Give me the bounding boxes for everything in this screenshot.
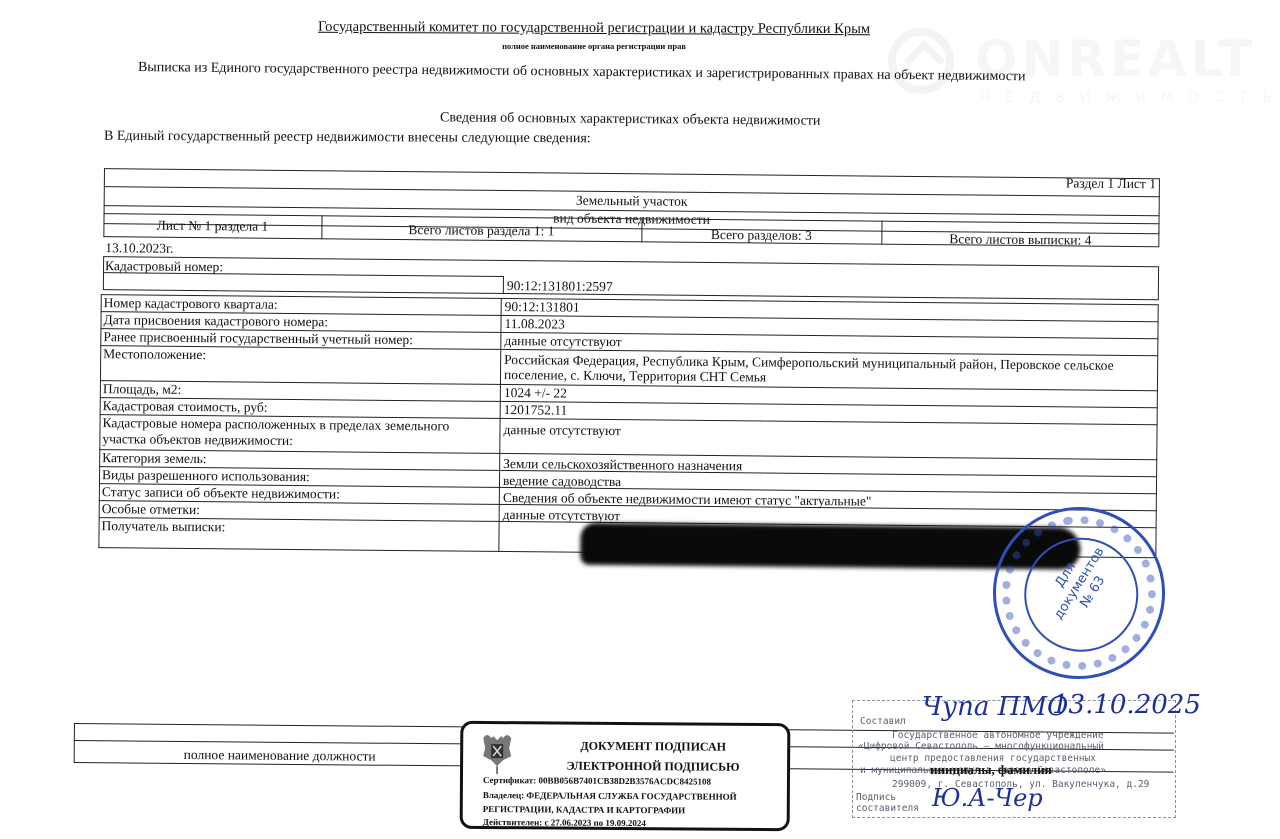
row-value: ведение садоводства <box>503 473 621 489</box>
row-label: Особые отметки: <box>102 501 200 517</box>
coat-of-arms-icon <box>479 730 515 774</box>
row-label: Дата присвоения кадастрового номера: <box>103 312 328 329</box>
row-label: Получатель выписки: <box>101 518 225 534</box>
certificate: Сертификат: 00BB056B7401CB38D2B3576ACDC8… <box>483 775 711 787</box>
sign-label-line1: Подпись <box>856 792 896 803</box>
sheet-number: Лист № 1 раздела 1 <box>103 217 321 234</box>
cadastral-number-value: 90:12:131801:2597 <box>507 278 613 294</box>
row-label: Номер кадастрового квартала: <box>104 295 278 312</box>
handwritten-signature: Ю.А-Чер <box>932 784 1043 812</box>
validity: Действителен: с 27.06.2023 по 19.09.2024 <box>483 817 646 828</box>
section-title: Сведения об основных характеристиках объ… <box>440 110 821 129</box>
composer-stamp: Составил Государственное автономное учре… <box>852 700 1176 818</box>
cadastral-number-row <box>103 256 1159 300</box>
row-label: Статус записи об объекте недвижимости: <box>102 484 340 501</box>
row-label: Кадастровая стоимость, руб: <box>103 398 268 415</box>
owner-line1: Владелец: ФЕДЕРАЛЬНАЯ СЛУЖБА ГОСУДАРСТВЕ… <box>483 790 737 802</box>
owner-line2: РЕГИСТРАЦИИ, КАДАСТРА И КАРТОГРАФИИ <box>483 804 686 815</box>
watermark-subtitle: НЕДВИЖИМОСТЬ <box>980 90 1280 106</box>
row-value: 1201752.11 <box>504 402 568 418</box>
row-label: Местоположение: <box>103 346 206 362</box>
sign-label-line2: составителя <box>856 803 919 814</box>
intro-text: В Единый государственный реестр недвижим… <box>104 129 591 148</box>
row-label: Виды разрешенного использования: <box>102 467 310 484</box>
row-value: Земли сельскохозяйственного назначения <box>503 456 742 473</box>
initials-caption: инициалы, фамилия <box>930 762 1052 778</box>
composer-org-line1: Государственное автономное учреждение <box>892 730 1104 741</box>
signed-subtitle: ЭЛЕКТРОННОЙ ПОДПИСЬЮ <box>523 758 783 775</box>
property-table: Раздел 1 Лист 1 Земельный участок вид об… <box>84 168 1164 558</box>
row-label: Площадь, м2: <box>103 381 182 397</box>
signed-title: ДОКУМЕНТ ПОДПИСАН <box>523 738 783 755</box>
e-signature-box: ДОКУМЕНТ ПОДПИСАН ЭЛЕКТРОННОЙ ПОДПИСЬЮ С… <box>460 721 791 831</box>
row-value-line2: поселение, с. Ключи, Территория СНТ Семь… <box>504 367 766 385</box>
row-value: данные отсутствуют <box>503 422 621 438</box>
sections-total: Всего разделов: 3 <box>641 226 881 243</box>
row-value: данные отсутствуют <box>504 333 622 349</box>
row-label-line2: участка объектов недвижимости: <box>102 431 293 448</box>
handwritten-date: 13.10.2025 <box>1052 690 1201 720</box>
extract-sheets-total: Всего листов выписки: 4 <box>881 231 1159 249</box>
row-value: 90:12:131801 <box>505 299 580 315</box>
row-label: Категория земель: <box>102 450 207 466</box>
composer-label: Составил <box>860 716 906 727</box>
organization-caption: полное наименование органа регистрации п… <box>318 41 870 51</box>
row-value: данные отсутствуют <box>503 507 621 523</box>
row-value: 11.08.2023 <box>504 316 564 332</box>
cadastral-number-label: Кадастровый номер: <box>105 258 223 274</box>
handwritten-composer: Чупа ПМО <box>922 692 1068 722</box>
composer-org-line2: «Цифровой Севастополь – многофункциональ… <box>858 741 1104 752</box>
extract-date: 13.10.2023г. <box>105 240 173 256</box>
row-label: Ранее присвоенный государственный учетны… <box>103 329 413 347</box>
position-caption: полное наименование должности <box>184 747 376 764</box>
row-value: 1024 +/- 22 <box>504 385 567 401</box>
organization-name: Государственный комитет по государственн… <box>318 19 870 38</box>
section-sheets-total: Всего листов раздела 1: 1 <box>321 221 641 239</box>
